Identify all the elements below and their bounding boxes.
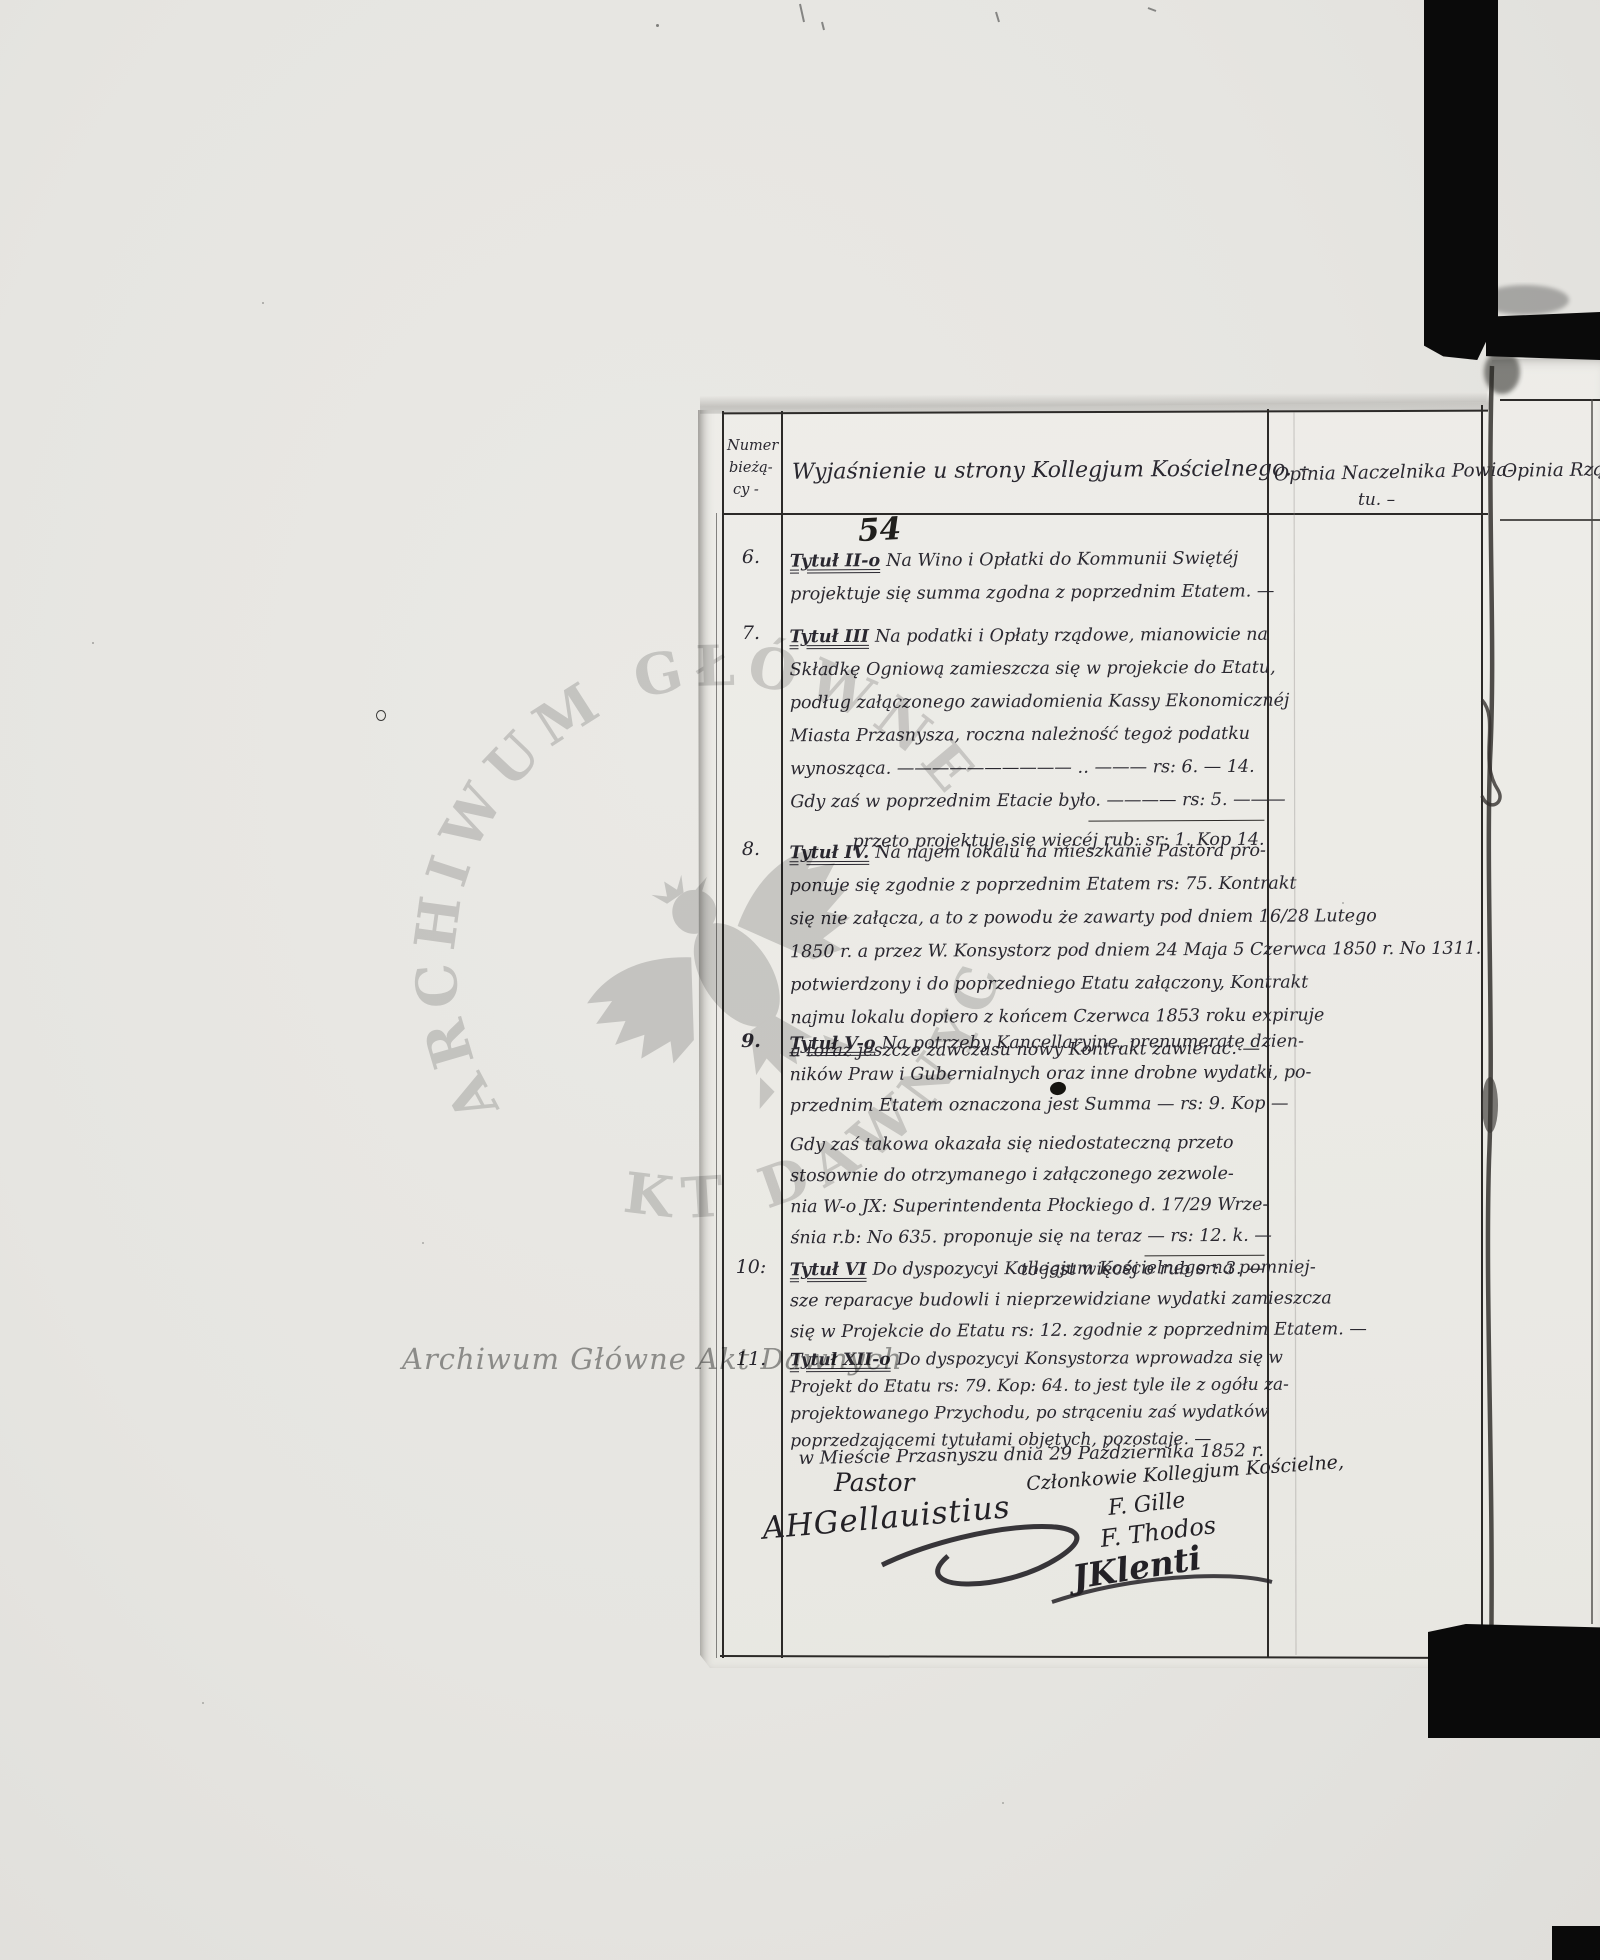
entry-title: Tytuł VI [790,1260,867,1280]
film-speck [422,1242,424,1244]
entry-text: 1850 r. a przez W. Konsystorz pod dniem … [790,934,1264,969]
entry-text: Miasta Przasnysza, roczna należność tego… [790,718,1264,753]
entry-text: się w Projekcie do Etatu rs: 12. zgodnie… [790,1315,1264,1348]
entry-text: Na Wino i Opłatki do Kommunii Swiętéj [886,549,1238,571]
subtotal-rule [1088,820,1264,822]
header-numer-line2: bieżą- [729,460,773,476]
film-speck [656,24,659,27]
entry-number: 8. [724,838,778,860]
entry-text: śnia r.b: No 635. proponuje się na teraz… [790,1221,1264,1254]
entry-text: się nie załącza, a to z powodu że zawart… [790,901,1264,936]
entry-text: Gdy zaś w poprzednim Etacie było. ———— r… [790,784,1264,819]
right-page-top-border [1500,399,1600,401]
pencil-page-number: 54 [857,511,902,549]
film-speck [262,302,264,304]
entry-text: Do dyspozycyi Konsystorza wprowadza się … [897,1348,1283,1370]
film-scratch [800,4,1156,30]
microfilm-scan: Numer bieżą- cy - Wyjaśnienie u strony K… [0,0,1600,1960]
film-black-bar-bottom [1428,1624,1600,1738]
film-speck [1342,902,1344,904]
film-black-bar-top [1424,0,1498,360]
entry-text: przednim Etatem oznaczona jest Summa — r… [790,1089,1264,1122]
entry-number: 9. [724,1030,778,1052]
entry-text: Na podatki i Opłaty rządowe, mianowicie … [875,625,1268,647]
entry-title: Tytuł III [789,627,869,647]
entry-text: wynosząca. —————————— ‥ ——— rs: 6. — 14. [790,751,1264,786]
entry-text: Na potrzeby Kancellaryjne, prenumeratę d… [882,1032,1305,1054]
header-numer-line3: cy - [733,482,759,498]
entry-number: 10: [724,1256,778,1278]
header-main: Wyjaśnienie u strony Kollegjum Kościelne… [792,456,1310,485]
entry-number: 6. [724,546,778,568]
film-black-bar-top-right [1486,312,1600,360]
entry-text: nia W-o JX: Superintendenta Płockiego d.… [790,1190,1264,1223]
entry-title: Tytuł V-o [789,1034,875,1054]
entry-title: Tytuł IV. [789,843,869,863]
opinia-column-right-divider [1481,405,1483,1658]
film-black-bar-corner [1552,1926,1600,1960]
entry-text: projektuje się summa zgodna z poprzednim… [790,575,1264,611]
header-opinia-rzadu: Opinia Rząd [1502,459,1600,482]
entry-row: Tytuł II-oNa Wino i Opłatki do Kommunii … [790,542,1264,611]
entry-text: Projekt do Etatu rs: 79. Kop: 64. to jes… [790,1372,1264,1401]
film-speck [92,642,94,644]
header-opinia-naczelnika-line2: tu. – [1358,490,1395,510]
pastor-label: Pastor [834,1468,914,1497]
film-speck [1002,1802,1004,1804]
entry-text: potwierdzony i do poprzedniego Etatu zał… [790,967,1264,1002]
entry-text: ponuje się zgodnie z poprzednim Etatem r… [790,868,1264,903]
entry-text: Na najem lokalu na mieszkanie Pastora pr… [875,841,1266,863]
header-numer-line1: Numer [727,438,778,454]
entry-text: podług załączonego zawiadomienia Kassy E… [790,685,1264,720]
entry-title: Tytuł II-o [790,551,880,572]
entry-number: 11. [724,1348,778,1370]
entry-row: Tytuł VIDo dyspozycyi Kollegjum Kościeln… [790,1253,1264,1348]
entry-text: sze reparacye budowli i nieprzewidziane … [790,1284,1264,1317]
entry-text: Składkę Ogniową zamieszcza się w projekc… [790,652,1264,687]
film-speck [202,1702,204,1704]
entry-row: Tytuł V-oNa potrzeby Kancellaryjne, pren… [789,1027,1264,1284]
table-border-left-double [716,513,717,1658]
entry-text: ników Praw i Gubernialnych oraz inne dro… [789,1058,1263,1091]
entry-row: Tytuł IIINa podatki i Opłaty rządowe, mi… [789,619,1264,855]
table-header-divider [722,513,1488,515]
entry-text: Gdy zaś takowa okazała się niedostateczn… [790,1128,1264,1161]
right-page-header-divider [1500,519,1600,521]
entry-number: 7. [724,622,778,644]
entry-text: projektowanego Przychodu, po strąceniu z… [790,1399,1264,1428]
entry-text: stosownie do otrzymanego i załączonego z… [790,1159,1264,1192]
numer-column-divider [781,411,783,1658]
entry-title: Tytuł XII-o [790,1350,891,1371]
entry-row: Tytuł XII-oDo dyspozycyi Konsystorza wpr… [790,1345,1265,1455]
entry-text: Do dyspozycyi Kollegjum Kościelnego na p… [872,1257,1315,1279]
film-speck [376,710,386,721]
right-page-column-divider [1591,399,1593,1624]
